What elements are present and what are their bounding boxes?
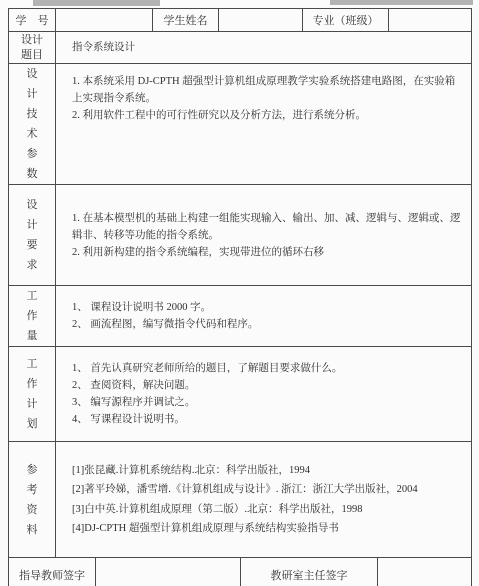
design-requirements-label: 设计要求 — [9, 185, 56, 286]
workload-line: 1、 课程设计说明书 2000 字。 — [72, 299, 463, 316]
workload-line: 2、 画流程图，编写微指令代码和程序。 — [72, 316, 463, 333]
reference-line: [4]DJ-CPTH 超强型计算机组成原理与系统结构实验指导书 — [72, 519, 463, 539]
student-name-value-cell — [219, 9, 303, 32]
course-design-form: 学 号 学生姓名 专业（班级） 设计题目 指令系统设计 设计技术参数 1. 本系… — [8, 8, 472, 586]
major-value-cell — [389, 9, 472, 32]
student-id-label: 学 号 — [9, 9, 56, 32]
signature-row: 指导教师签字 教研室主任签字 — [9, 558, 472, 586]
workload-label-text: 工作量 — [25, 286, 39, 346]
design-requirements-line: 1. 在基本模型机的基础上构建一组能实现输入、输出、加、减、逻辑与、逻辑或、逻辑… — [72, 210, 463, 244]
tech-params-label-text: 设计技术参数 — [25, 64, 39, 184]
scan-artifact-left — [33, 0, 160, 6]
tech-params-row: 设计技术参数 1. 本系统采用 DJ-CPTH 超强型计算机组成原理教学实验系统… — [9, 64, 472, 185]
major-label: 专业（班级） — [303, 9, 389, 32]
workload-label: 工作量 — [9, 286, 56, 347]
references-label: 参考资料 — [9, 442, 56, 558]
references-row: 参考资料 [1]张昆藏.计算机系统结构.北京：科学出版社，1994 [2]著平玲… — [9, 442, 472, 558]
design-title-label-text: 设计题目 — [18, 33, 46, 63]
design-requirements-row: 设计要求 1. 在基本模型机的基础上构建一组能实现输入、输出、加、减、逻辑与、逻… — [9, 185, 472, 286]
tech-params-line: 2. 利用软件工程中的可行性研究以及分析方法，进行系统分析。 — [72, 107, 463, 124]
advisor-signature-value-cell — [96, 558, 241, 586]
reference-line: [1]张昆藏.计算机系统结构.北京：科学出版社，1994 — [72, 461, 463, 481]
tech-params-label: 设计技术参数 — [9, 64, 56, 185]
design-title-value: 指令系统设计 — [56, 32, 472, 64]
work-plan-line: 3、 编写源程序并调试之。 — [72, 394, 463, 411]
work-plan-line: 1、 首先认真研究老师所给的题目，了解题目要求做什么。 — [72, 360, 463, 377]
tech-params-content: 1. 本系统采用 DJ-CPTH 超强型计算机组成原理教学实验系统搭建电路图，在… — [56, 64, 472, 185]
tech-params-line: 1. 本系统采用 DJ-CPTH 超强型计算机组成原理教学实验系统搭建电路图，在… — [72, 73, 463, 107]
work-plan-row: 工作计划 1、 首先认真研究老师所给的题目，了解题目要求做什么。 2、 查阅资料… — [9, 347, 472, 442]
references-content: [1]张昆藏.计算机系统结构.北京：科学出版社，1994 [2]著平玲娣，潘雪增… — [56, 442, 472, 558]
student-name-label: 学生姓名 — [153, 9, 219, 32]
director-signature-value-cell — [378, 558, 472, 586]
design-requirements-label-text: 设计要求 — [25, 195, 39, 275]
student-id-value-cell — [56, 9, 153, 32]
workload-content: 1、 课程设计说明书 2000 字。 2、 画流程图，编写微指令代码和程序。 — [56, 286, 472, 347]
work-plan-content: 1、 首先认真研究老师所给的题目，了解题目要求做什么。 2、 查阅资料，解决问题… — [56, 347, 472, 442]
design-title-row: 设计题目 指令系统设计 — [9, 32, 472, 64]
header-row: 学 号 学生姓名 专业（班级） — [9, 9, 472, 32]
work-plan-label-text: 工作计划 — [25, 354, 39, 434]
design-requirements-content: 1. 在基本模型机的基础上构建一组能实现输入、输出、加、减、逻辑与、逻辑或、逻辑… — [56, 185, 472, 286]
director-signature-label: 教研室主任签字 — [241, 558, 378, 586]
work-plan-line: 4、 写课程设计说明书。 — [72, 411, 463, 428]
reference-line: [3]白中英.计算机组成原理（第二版）.北京：科学出版社，1998 — [72, 500, 463, 520]
workload-row: 工作量 1、 课程设计说明书 2000 字。 2、 画流程图，编写微指令代码和程… — [9, 286, 472, 347]
design-requirements-line: 2. 利用新构建的指令系统编程，实现带进位的循环右移 — [72, 244, 463, 261]
advisor-signature-label: 指导教师签字 — [9, 558, 96, 586]
scan-artifact-right — [330, 0, 473, 5]
references-label-text: 参考资料 — [25, 460, 39, 540]
work-plan-line: 2、 查阅资料，解决问题。 — [72, 377, 463, 394]
design-title-label: 设计题目 — [9, 32, 56, 64]
work-plan-label: 工作计划 — [9, 347, 56, 442]
reference-line: [2]著平玲娣，潘雪增.《计算机组成与设计》. 浙江：浙江大学出版社，2004 — [72, 480, 463, 500]
